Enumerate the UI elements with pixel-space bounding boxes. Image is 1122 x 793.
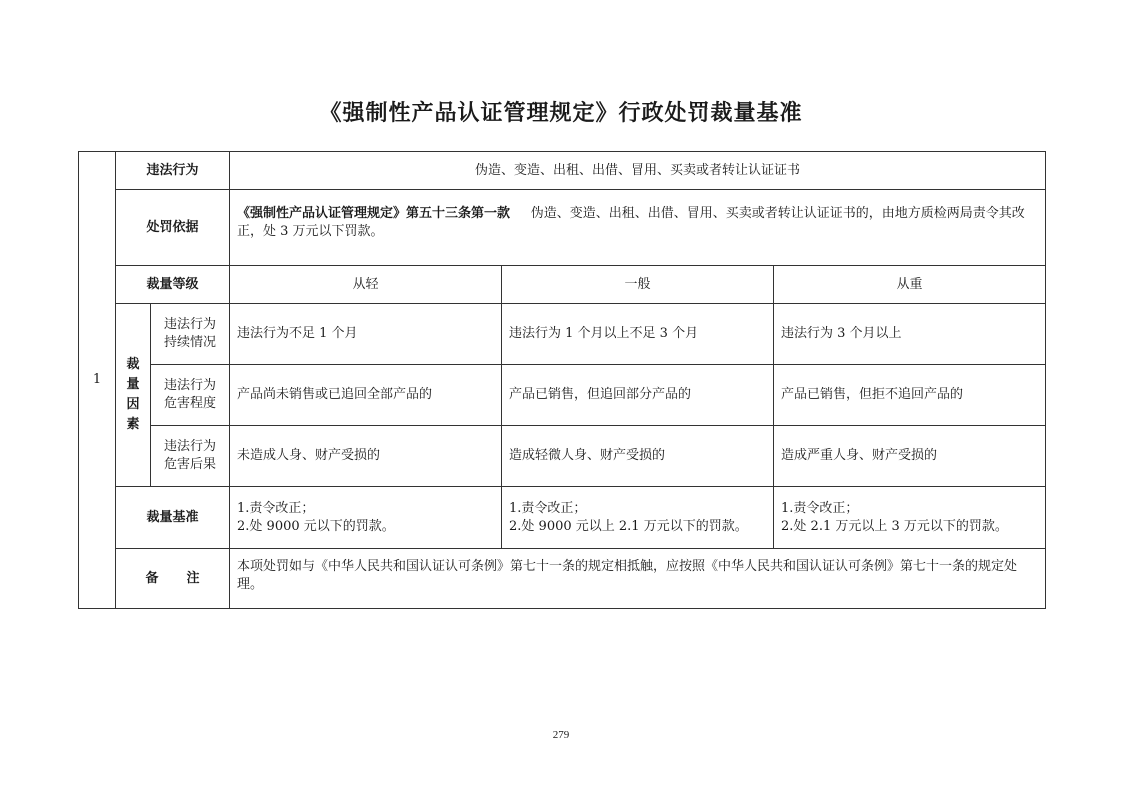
factor-duration-general: 违法行为 1 个月以上不足 3 个月 xyxy=(502,304,774,365)
standard-general: 1.责令改正； 2.处 9000 元以上 2.1 万元以下的罚款。 xyxy=(502,487,774,549)
row-factor-consequence: 违法行为 危害后果 未造成人身、财产受损的 造成轻微人身、财产受损的 造成严重人… xyxy=(79,426,1046,487)
discretion-standard-table: 1 违法行为 伪造、变造、出租、出借、冒用、买卖或者转让认证证书 处罚依据 《强… xyxy=(78,151,1046,609)
factor-consequence-light: 未造成人身、财产受损的 xyxy=(230,426,502,487)
remarks-label: 备注 xyxy=(116,549,230,609)
level-general: 一般 xyxy=(502,266,774,304)
factor-severity-general: 产品已销售，但追回部分产品的 xyxy=(502,365,774,426)
basis-lead: 《强制性产品认证管理规定》第五十三条第一款 xyxy=(237,206,510,221)
factor-duration-heavy: 违法行为 3 个月以上 xyxy=(774,304,1046,365)
page-number: 279 xyxy=(0,729,1122,741)
violation-value: 伪造、变造、出租、出借、冒用、买卖或者转让认证证书 xyxy=(230,152,1046,190)
factor-duration-light: 违法行为不足 1 个月 xyxy=(230,304,502,365)
item-number: 1 xyxy=(79,152,116,609)
factor-consequence-general: 造成轻微人身、财产受损的 xyxy=(502,426,774,487)
document-title: 《强制性产品认证管理规定》行政处罚裁量基准 xyxy=(0,96,1122,127)
standard-light: 1.责令改正； 2.处 9000 元以下的罚款。 xyxy=(230,487,502,549)
row-violation: 1 违法行为 伪造、变造、出租、出借、冒用、买卖或者转让认证证书 xyxy=(79,152,1046,190)
row-factor-severity: 违法行为 危害程度 产品尚未销售或已追回全部产品的 产品已销售，但追回部分产品的… xyxy=(79,365,1046,426)
remarks-value: 本项处罚如与《中华人民共和国认证认可条例》第七十一条的规定相抵触，应按照《中华人… xyxy=(230,549,1046,609)
factor-name-duration: 违法行为 持续情况 xyxy=(151,304,230,365)
violation-label: 违法行为 xyxy=(116,152,230,190)
basis-label: 处罚依据 xyxy=(116,190,230,266)
factor-severity-light: 产品尚未销售或已追回全部产品的 xyxy=(230,365,502,426)
standard-heavy: 1.责令改正； 2.处 2.1 万元以上 3 万元以下的罚款。 xyxy=(774,487,1046,549)
row-basis: 处罚依据 《强制性产品认证管理规定》第五十三条第一款 伪造、变造、出租、出借、冒… xyxy=(79,190,1046,266)
row-levels: 裁量等级 从轻 一般 从重 xyxy=(79,266,1046,304)
standard-label: 裁量基准 xyxy=(116,487,230,549)
row-remarks: 备注 本项处罚如与《中华人民共和国认证认可条例》第七十一条的规定相抵触，应按照《… xyxy=(79,549,1046,609)
factor-severity-heavy: 产品已销售，但拒不追回产品的 xyxy=(774,365,1046,426)
row-factor-duration: 裁 量 因 素 违法行为 持续情况 违法行为不足 1 个月 违法行为 1 个月以… xyxy=(79,304,1046,365)
factor-consequence-heavy: 造成严重人身、财产受损的 xyxy=(774,426,1046,487)
row-standard: 裁量基准 1.责令改正； 2.处 9000 元以下的罚款。 1.责令改正； 2.… xyxy=(79,487,1046,549)
factor-name-consequence: 违法行为 危害后果 xyxy=(151,426,230,487)
level-heavy: 从重 xyxy=(774,266,1046,304)
basis-value: 《强制性产品认证管理规定》第五十三条第一款 伪造、变造、出租、出借、冒用、买卖或… xyxy=(230,190,1046,266)
level-light: 从轻 xyxy=(230,266,502,304)
factor-name-severity: 违法行为 危害程度 xyxy=(151,365,230,426)
levels-label: 裁量等级 xyxy=(116,266,230,304)
factors-label: 裁 量 因 素 xyxy=(116,304,151,487)
